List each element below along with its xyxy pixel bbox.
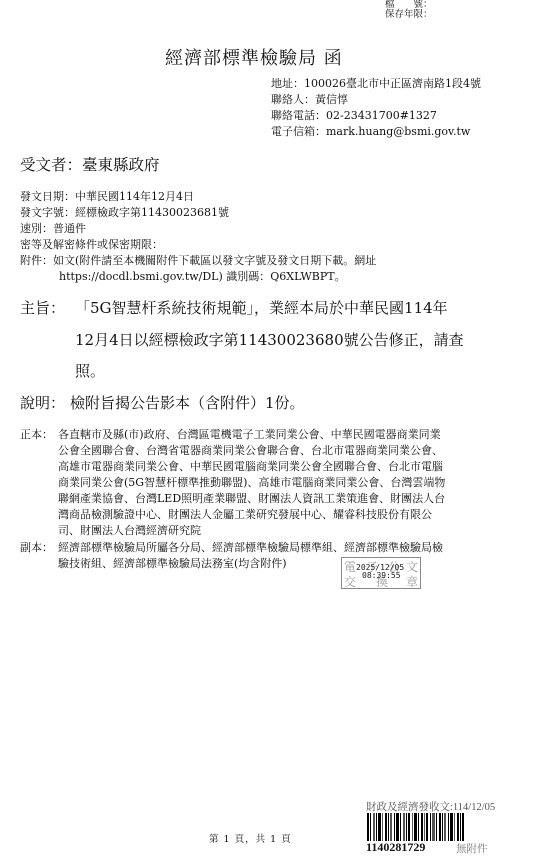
original-recipients-line: 聯網產業協會、台灣LED照明產業聯盟、財團法人資訊工業策進會、財團法人台 <box>58 491 445 506</box>
original-recipients-line: 灣商品檢測驗證中心、財團法人金屬工業研究發展中心、耀睿科技股份有限公 <box>58 507 432 522</box>
attachment-line-2[interactable]: https://docdl.bsmi.gov.tw/DL) 識別碼：Q6XLWB… <box>59 269 346 284</box>
original-recipients-label: 正本： <box>20 427 53 442</box>
contact-person: 聯絡人：黃信惇 <box>271 92 348 107</box>
recipient: 受文者：臺東縣政府 <box>20 155 160 175</box>
copies-line: 經濟部標準檢驗局所屬各分局、經濟部標準檢驗局標準組、經濟部標準檢驗局檢 <box>58 540 443 555</box>
stamp-char: 交 <box>344 573 356 590</box>
explanation-label: 說明： <box>20 393 65 413</box>
issue-date: 發文日期：中華民國114年12月4日 <box>20 189 194 204</box>
original-recipients-line: 商業同業公會(5G智慧杆標準推動聯盟)、高雄市電腦商業同業公會、台灣雲端物 <box>58 475 445 490</box>
original-recipients-line: 各直轄市及縣(市)政府、台灣區電機電子工業同業公會、中華民國電器商業同業 <box>58 427 441 442</box>
contact-phone: 聯絡電話：02-23431700#1327 <box>271 108 437 123</box>
barcode <box>367 813 511 841</box>
subject-label: 主旨： <box>20 298 65 318</box>
original-recipients-line: 公會全國聯合會、台灣省電器商業同業公會聯合會、台北市電器商業同業公會、 <box>58 443 443 458</box>
secrecy-level: 密等及解密條件或保密期限： <box>20 237 163 252</box>
page-indicator: 第 1 頁，共 1 頁 <box>209 834 292 845</box>
attachment-note: 無附件 <box>456 841 488 856</box>
electronic-exchange-stamp: 電 子 公 文 交 換 章 2025/12/05 08:39:55 <box>341 557 421 589</box>
receipt-label: 財政及經濟發收文:114/12/05 <box>366 799 495 814</box>
copies-label: 副本： <box>20 540 53 555</box>
copies-line: 驗技術組、經濟部標準檢驗局法務室(均含附件) <box>58 556 287 571</box>
document-title: 經濟部標準檢驗局 函 <box>165 44 343 70</box>
original-recipients-line: 高雄市電器商業同業公會、中華民國電腦商業同業公會全國聯合會、台北市電腦 <box>58 459 443 474</box>
attachment-line-1: 附件：如文(附件請至本機關附件下載區以發文字號及發文日期下載。網址 <box>20 253 376 268</box>
stamp-time: 08:39:55 <box>362 571 401 580</box>
subject-line-3: 照。 <box>75 361 105 381</box>
subject-line-2: 12月4日以經標檢政字第11430023680號公告修正，請查 <box>75 330 464 350</box>
address: 地址：100026臺北市中正區濟南路1段4號 <box>271 76 481 91</box>
barcode-number: 1140281729 <box>366 840 425 855</box>
speed-class: 速別：普通件 <box>20 221 86 236</box>
explanation-text: 檢附旨揭公告影本（含附件）1份。 <box>70 393 305 413</box>
original-recipients-line: 司、財團法人台灣經濟研究院 <box>58 523 201 538</box>
issue-number: 發文字號：經標檢政字第11430023681號 <box>20 205 229 220</box>
stamp-char: 章 <box>406 573 418 590</box>
retention-label: 保存年限： <box>385 9 433 20</box>
subject-line-1: 「5G智慧杆系統技術規範」，業經本局於中華民國114年 <box>75 298 448 318</box>
contact-email: 電子信箱：mark.huang@bsmi.gov.tw <box>271 124 470 139</box>
